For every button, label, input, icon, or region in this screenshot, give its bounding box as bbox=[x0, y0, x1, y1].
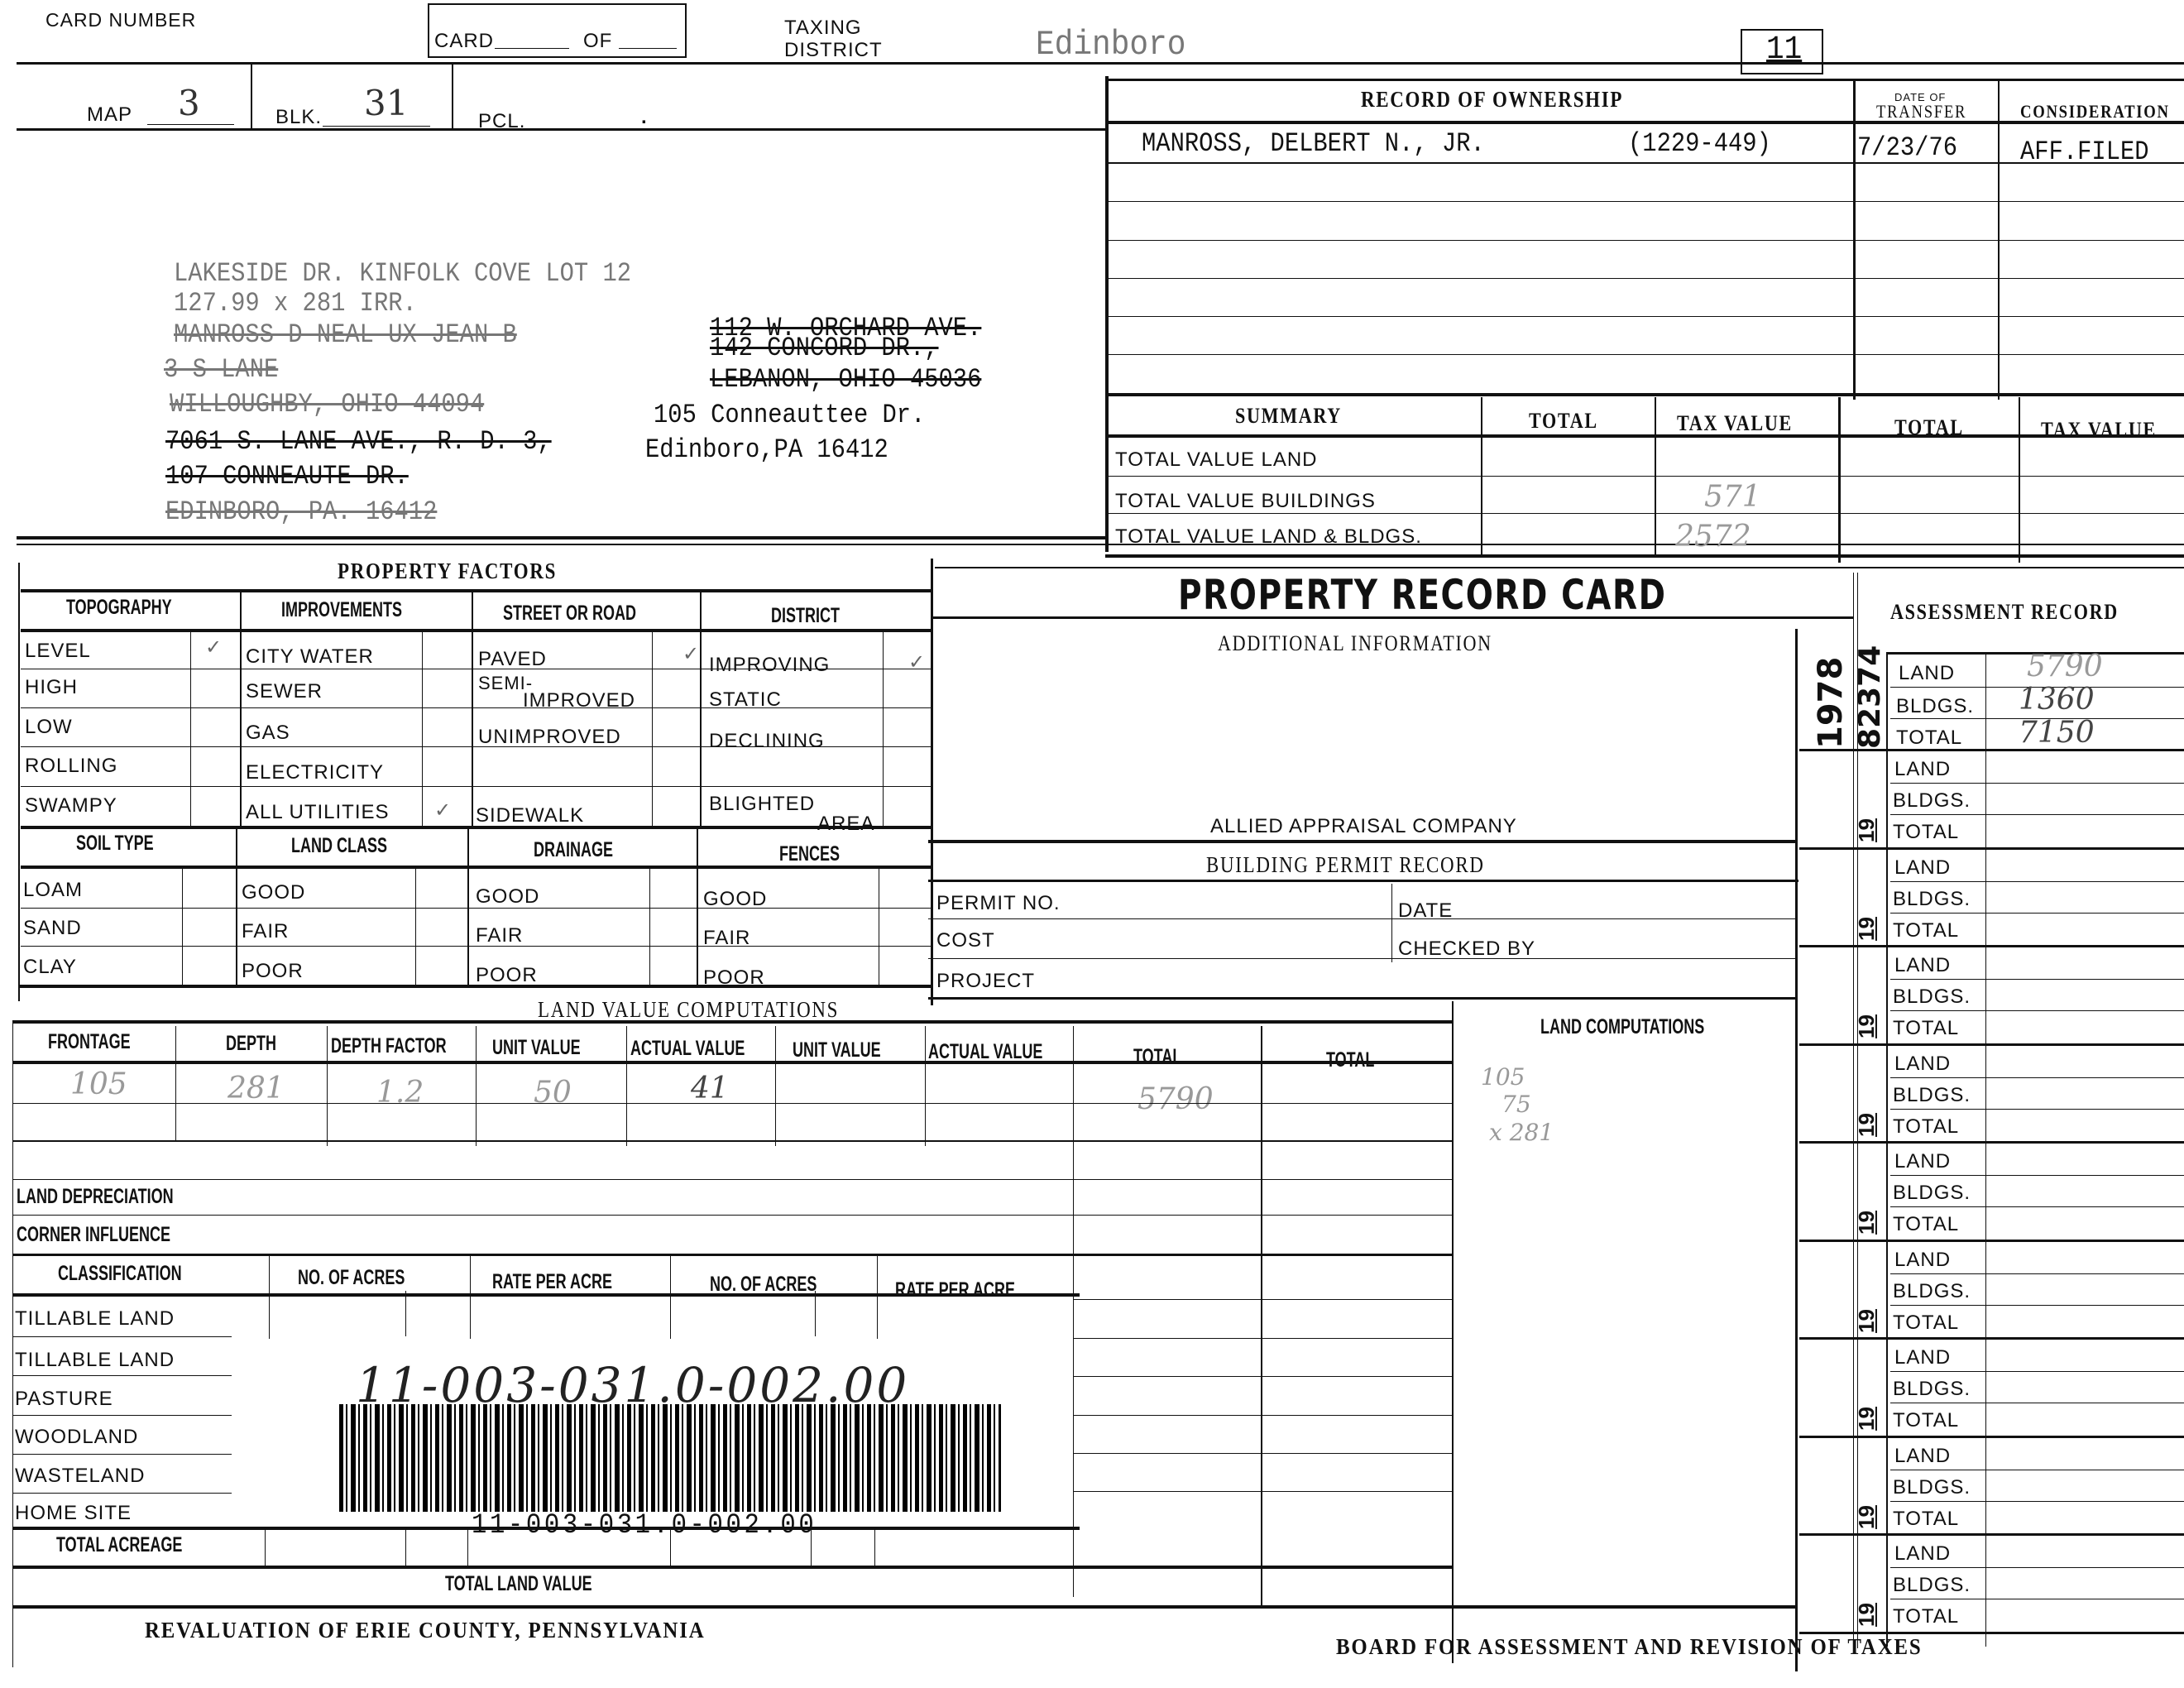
lv-header-depth: DEPTH bbox=[226, 1032, 276, 1056]
parcel-id-printed: 11-003-031.0-002.00 bbox=[472, 1510, 817, 1542]
check-col bbox=[415, 867, 416, 985]
lv-col bbox=[476, 1026, 477, 1146]
address-bottom-border-2 bbox=[17, 544, 2184, 545]
card-title: PROPERTY RECORD CARD bbox=[1178, 571, 1667, 619]
additional-info-bottom bbox=[928, 840, 1797, 843]
land-label: LAND bbox=[1894, 856, 1951, 880]
check-mark-icon: ✓ bbox=[434, 798, 452, 822]
blk-divider bbox=[452, 65, 453, 131]
summary-label: TOTAL VALUE BUILDINGS bbox=[1115, 490, 1376, 513]
lv-right-row bbox=[1073, 1415, 1454, 1416]
drainage-option[interactable]: FAIR bbox=[476, 924, 523, 947]
year-prefix: 19 bbox=[1854, 1309, 1880, 1333]
lv-right-row bbox=[1073, 1338, 1454, 1339]
land-label: LAND bbox=[1899, 662, 1955, 685]
land-computations-note: 75 bbox=[1501, 1091, 1531, 1118]
permit-col-divider bbox=[1391, 884, 1392, 962]
total-acreage-label: TOTAL ACREAGE bbox=[56, 1533, 182, 1557]
taxing-district-value: Edinboro bbox=[1036, 25, 1185, 65]
lv-header-unit-value: UNIT VALUE bbox=[492, 1036, 581, 1060]
assessment-block-divider bbox=[1799, 749, 2184, 751]
improvements-header: IMPROVEMENTS bbox=[281, 598, 402, 622]
acreage-row-label: TILLABLE LAND bbox=[15, 1349, 175, 1372]
transfer-date: 7/23/76 bbox=[1857, 132, 1957, 163]
soil-header: SOIL TYPE bbox=[76, 832, 154, 856]
acreage-header-rate: RATE PER ACRE bbox=[492, 1270, 612, 1294]
summary-tax-value: 571 bbox=[1704, 480, 1761, 514]
acreage-row-line bbox=[12, 1415, 232, 1416]
map-label: MAP bbox=[87, 103, 132, 127]
lv-header-bottom bbox=[12, 1061, 1452, 1064]
factors-col-divider bbox=[240, 592, 242, 827]
assessment-block-divider bbox=[1799, 847, 2184, 850]
acreage-col bbox=[269, 1256, 270, 1339]
acreage-col bbox=[405, 1528, 406, 1568]
acreage-header-classification: CLASSIFICATION bbox=[58, 1262, 182, 1286]
district-header: DISTRICT bbox=[771, 604, 840, 628]
current-address-street: 105 Conneauttee Dr. bbox=[654, 400, 925, 430]
acreage-col bbox=[265, 1528, 266, 1568]
land-value-title-bottom bbox=[12, 1020, 1452, 1024]
permit-title-bottom bbox=[928, 880, 1798, 882]
summary-header-bottom bbox=[1109, 434, 2184, 438]
summary-bottom-border-2 bbox=[935, 567, 2184, 568]
street-option[interactable]: UNIMPROVED bbox=[478, 726, 621, 749]
topography-option[interactable]: LEVEL bbox=[25, 640, 91, 663]
current-address-city: Edinboro,PA 16412 bbox=[645, 434, 888, 465]
acreage-col bbox=[670, 1256, 671, 1339]
drainage-header: DRAINAGE bbox=[534, 838, 613, 862]
street-option[interactable]: IMPROVED bbox=[523, 689, 635, 712]
permit-row-line bbox=[928, 958, 1797, 959]
total-label: TOTAL bbox=[1893, 1508, 1959, 1531]
soil-option[interactable]: CLAY bbox=[23, 956, 77, 979]
check-col bbox=[422, 629, 423, 827]
assessment-row-line bbox=[1890, 783, 2184, 784]
pcl-value: . bbox=[641, 106, 648, 129]
topography-header: TOPOGRAPHY bbox=[66, 596, 172, 620]
acreage-col bbox=[815, 1291, 816, 1336]
land-computations-title: LAND COMPUTATIONS bbox=[1540, 1015, 1704, 1039]
land-value-left-border bbox=[12, 1022, 13, 1667]
land-label: LAND bbox=[1894, 1053, 1951, 1076]
check-col bbox=[182, 867, 183, 985]
card-of-blank[interactable] bbox=[495, 48, 569, 49]
soil-option[interactable]: SAND bbox=[23, 917, 82, 940]
total-acreage-bottom bbox=[12, 1566, 1452, 1569]
improvements-option[interactable]: GAS bbox=[246, 722, 290, 745]
ownership-row bbox=[1109, 240, 2184, 241]
address-line-struck: EDINBORO, PA. 16412 bbox=[165, 496, 437, 527]
summary-bottom-border bbox=[1105, 554, 2184, 558]
assessment-row-line bbox=[1890, 1175, 2184, 1176]
year-prefix: 19 bbox=[1854, 1211, 1880, 1235]
improvements-option[interactable]: CITY WATER bbox=[246, 645, 374, 669]
permit-project-label: PROJECT bbox=[936, 970, 1035, 993]
acreage-header-acres: NO. OF ACRES bbox=[298, 1266, 405, 1290]
total-label: TOTAL bbox=[1893, 919, 1959, 942]
assessment-row-line bbox=[1890, 814, 2184, 815]
drainage-option[interactable]: POOR bbox=[476, 964, 538, 987]
lv-row-line bbox=[12, 1215, 1452, 1216]
permit-checked-label: CHECKED BY bbox=[1398, 938, 1535, 961]
map-value: 3 bbox=[178, 83, 200, 123]
improvements-option[interactable]: ALL UTILITIES bbox=[246, 801, 390, 824]
map-row-bottom bbox=[17, 128, 1107, 131]
bldgs-label: BLDGS. bbox=[1893, 1476, 1971, 1499]
ownership-top-border bbox=[1107, 79, 2184, 81]
total-value: 7150 bbox=[2019, 716, 2095, 750]
street-option[interactable]: PAVED bbox=[478, 648, 547, 671]
card-number-label: CARD NUMBER bbox=[45, 8, 196, 31]
total-label: TOTAL bbox=[1893, 1312, 1959, 1335]
acreage-row-label: HOME SITE bbox=[15, 1502, 132, 1525]
bldgs-label: BLDGS. bbox=[1893, 888, 1971, 911]
address-line-struck: 142 CONCORD DR., bbox=[710, 333, 939, 363]
year-stamp: 1978 bbox=[1812, 657, 1850, 749]
assessment-row-line bbox=[1890, 979, 2184, 980]
acreage-row-line bbox=[12, 1493, 232, 1494]
total-label: TOTAL bbox=[1893, 1409, 1959, 1432]
blk-label: BLK. bbox=[275, 106, 322, 129]
address-line-struck: LEBANON, OHIO 45036 bbox=[710, 364, 981, 395]
factors-col-divider bbox=[700, 592, 702, 827]
bldgs-label: BLDGS. bbox=[1893, 1182, 1971, 1205]
topography-option[interactable]: ROLLING bbox=[25, 755, 117, 778]
ownership-row bbox=[1109, 162, 2184, 164]
lv-col bbox=[925, 1026, 926, 1146]
summary-total-header: TOTAL bbox=[1529, 409, 1598, 434]
check-col bbox=[883, 629, 884, 827]
lv-depth: 281 bbox=[227, 1072, 285, 1105]
assessment-block-divider bbox=[1799, 1043, 2184, 1046]
year-prefix: 19 bbox=[1854, 818, 1880, 842]
center-right-border bbox=[1795, 629, 1798, 1671]
summary-row-divider bbox=[1109, 476, 2184, 477]
check-mark-icon: ✓ bbox=[205, 635, 223, 659]
summary-col-divider bbox=[2019, 397, 2020, 563]
acreage-row-line bbox=[12, 1454, 232, 1455]
check-col bbox=[649, 867, 650, 985]
lv-right-row bbox=[1073, 1491, 1454, 1492]
total-label: TOTAL bbox=[1893, 1115, 1959, 1139]
assessment-row-line bbox=[1890, 913, 2184, 914]
footer-left: REVALUATION OF ERIE COUNTY, PENNSYLVANIA bbox=[145, 1618, 705, 1643]
bldgs-label: BLDGS. bbox=[1893, 985, 1971, 1009]
street-header: STREET OR ROAD bbox=[503, 602, 636, 626]
address-line: 127.99 x 281 IRR. bbox=[174, 288, 417, 319]
factors-block-bottom bbox=[21, 826, 931, 829]
acreage-header-bottom bbox=[12, 1293, 1080, 1297]
total-label: TOTAL bbox=[1893, 1213, 1959, 1236]
blk-value: 31 bbox=[364, 83, 408, 123]
assessment-row-line bbox=[1890, 1599, 2184, 1599]
acreage-row-label: WOODLAND bbox=[15, 1426, 138, 1449]
acreage-row-label: WASTELAND bbox=[15, 1465, 145, 1488]
year-prefix: 19 bbox=[1854, 1407, 1880, 1431]
assessment-block-divider bbox=[1799, 1141, 2184, 1144]
summary-tax-header-2: TAX VALUE bbox=[2041, 418, 2157, 443]
ownership-left-border bbox=[1105, 76, 1109, 552]
blk-underline bbox=[323, 126, 430, 127]
check-mark-icon: ✓ bbox=[682, 642, 700, 666]
acreage-col bbox=[470, 1256, 471, 1339]
assessment-label-left bbox=[1886, 654, 1888, 1647]
acreage-row-line bbox=[12, 1375, 232, 1376]
bldgs-label: BLDGS. bbox=[1893, 1084, 1971, 1107]
lv-actual-value: 41 bbox=[691, 1072, 729, 1105]
factors-row-line bbox=[21, 908, 931, 909]
summary-tax-value: 2572 bbox=[1675, 520, 1751, 554]
total-label: TOTAL bbox=[1896, 727, 1962, 750]
lv-right-border bbox=[1452, 1001, 1454, 1663]
summary-label: TOTAL VALUE LAND & BLDGS. bbox=[1115, 525, 1422, 549]
topography-option[interactable]: LOW bbox=[25, 716, 73, 739]
assessment-row-line bbox=[1890, 1501, 2184, 1502]
deed-reference: (1229-449) bbox=[1628, 128, 1771, 159]
address-line-struck: 7061 S. LANE AVE., R. D. 3, bbox=[165, 426, 552, 457]
check-mark-icon: ✓ bbox=[908, 650, 926, 674]
taxing-district-label: TAXING DISTRICT bbox=[784, 17, 908, 61]
factors-header-bottom bbox=[21, 866, 931, 869]
lv-col bbox=[775, 1026, 776, 1146]
land-class-option[interactable]: GOOD bbox=[242, 881, 305, 904]
permit-title: BUILDING PERMIT RECORD bbox=[1206, 852, 1485, 878]
assessment-block-divider bbox=[1799, 1240, 2184, 1242]
ownership-row bbox=[1109, 354, 2184, 355]
permit-no-label: PERMIT NO. bbox=[936, 892, 1061, 915]
land-computations-note: x 281 bbox=[1489, 1119, 1554, 1146]
land-class-option[interactable]: POOR bbox=[242, 960, 304, 983]
land-label: LAND bbox=[1894, 1346, 1951, 1369]
map-underline bbox=[147, 124, 234, 125]
check-col bbox=[879, 867, 879, 985]
land-label: LAND bbox=[1894, 758, 1951, 781]
date-header: TRANSFER bbox=[1876, 101, 1966, 122]
summary-tax-header: TAX VALUE bbox=[1677, 411, 1793, 436]
land-label: LAND bbox=[1894, 954, 1951, 977]
bldgs-label: BLDGS. bbox=[1893, 1280, 1971, 1303]
assessment-label-right bbox=[1985, 654, 1986, 1647]
factors-header-bottom bbox=[21, 629, 931, 632]
total-land-value-label: TOTAL LAND VALUE bbox=[445, 1572, 592, 1596]
lv-header-depth-factor: DEPTH FACTOR bbox=[331, 1034, 447, 1058]
additional-info-title: ADDITIONAL INFORMATION bbox=[1218, 631, 1492, 656]
factors-right-border bbox=[931, 559, 933, 1005]
lv-header-actual-value: ACTUAL VALUE bbox=[630, 1037, 745, 1061]
assessment-block-divider bbox=[1799, 1533, 2184, 1536]
land-value-title: LAND VALUE COMPUTATIONS bbox=[538, 997, 839, 1023]
assessment-row-line bbox=[1890, 1567, 2184, 1568]
header-divider bbox=[17, 62, 2184, 65]
assessment-title: ASSESSMENT RECORD bbox=[1890, 600, 2119, 625]
acreage-row-label: TILLABLE LAND bbox=[15, 1307, 175, 1331]
lv-header-frontage: FRONTAGE bbox=[48, 1030, 131, 1054]
land-value: 5790 bbox=[2027, 650, 2103, 683]
assessment-row-line bbox=[1890, 1206, 2184, 1207]
factors-row-line bbox=[21, 707, 931, 708]
district-option[interactable]: IMPROVING bbox=[709, 654, 830, 677]
factors-title-bottom bbox=[21, 589, 931, 592]
year-prefix: 19 bbox=[1854, 1014, 1880, 1038]
appraisal-company: ALLIED APPRAISAL COMPANY bbox=[1210, 815, 1517, 838]
lv-total-col-2 bbox=[1261, 1026, 1262, 1605]
lv-col bbox=[175, 1026, 176, 1142]
property-factors-title: PROPERTY FACTORS bbox=[338, 559, 557, 584]
consideration-header: CONSIDERATION bbox=[2020, 101, 2170, 122]
lv-right-row bbox=[1073, 1376, 1454, 1377]
check-col bbox=[652, 629, 653, 827]
factors-bottom-border bbox=[18, 985, 932, 988]
land-class-option[interactable]: FAIR bbox=[242, 920, 289, 943]
fences-header: FENCES bbox=[779, 842, 840, 866]
bldgs-label: BLDGS. bbox=[1896, 695, 1974, 718]
lv-row-line bbox=[12, 1103, 1452, 1104]
map-divider bbox=[251, 63, 252, 129]
permit-row-line bbox=[928, 918, 1797, 919]
permit-cost-label: COST bbox=[936, 929, 995, 952]
bldgs-label: BLDGS. bbox=[1893, 1378, 1971, 1401]
address-line: LAKESIDE DR. KINFOLK COVE LOT 12 bbox=[174, 258, 631, 289]
factors-col-divider bbox=[697, 827, 698, 985]
assessment-row-line bbox=[1890, 1371, 2184, 1372]
assessment-row-line bbox=[1890, 1010, 2184, 1011]
land-class-header: LAND CLASS bbox=[291, 834, 387, 858]
acreage-col bbox=[405, 1291, 406, 1336]
total-land-value-bottom bbox=[12, 1605, 1795, 1609]
address-line-struck: WILLOUGHBY, OHIO 44094 bbox=[170, 389, 484, 420]
factors-row-line bbox=[21, 786, 931, 787]
acreage-col bbox=[467, 1528, 468, 1568]
factors-left-border bbox=[18, 563, 20, 1001]
assessment-row-line bbox=[1890, 1109, 2184, 1110]
ownership-bottom-border bbox=[1107, 393, 2184, 396]
year-prefix: 19 bbox=[1854, 1505, 1880, 1529]
ownership-row bbox=[1109, 201, 2184, 202]
land-label: LAND bbox=[1894, 1150, 1951, 1173]
address-line-struck: MANROSS D NEAL UX JEAN B bbox=[174, 319, 517, 350]
year-prefix: 19 bbox=[1854, 917, 1880, 941]
land-label: LAND bbox=[1894, 1445, 1951, 1468]
lv-header-total: TOTAL bbox=[1133, 1045, 1181, 1069]
soil-option[interactable]: LOAM bbox=[23, 879, 83, 902]
footer-right: BOARD FOR ASSESSMENT AND REVISION OF TAX… bbox=[1336, 1634, 1923, 1660]
district-option[interactable]: AREA bbox=[817, 813, 874, 836]
lv-row-line bbox=[12, 1140, 1452, 1142]
title-bottom bbox=[933, 616, 1853, 619]
acreage-row-line bbox=[12, 1336, 232, 1337]
date-stamp: 82374 bbox=[1853, 645, 1887, 749]
total-label: TOTAL bbox=[1893, 821, 1959, 844]
lv-frontage: 105 bbox=[70, 1067, 127, 1101]
lv-total-col bbox=[1073, 1026, 1074, 1597]
assessment-row-line bbox=[1890, 1470, 2184, 1470]
lv-right-row bbox=[1073, 1299, 1454, 1300]
assessment-row-line bbox=[1890, 1273, 2184, 1274]
assessment-row-line bbox=[1890, 1305, 2184, 1306]
factors-col-divider bbox=[467, 827, 469, 985]
assessment-row-line bbox=[1890, 1403, 2184, 1403]
land-label: LAND bbox=[1894, 1542, 1951, 1566]
lv-right-row bbox=[1073, 1453, 1454, 1454]
assessment-block-divider bbox=[1799, 945, 2184, 947]
lv-total: 5790 bbox=[1137, 1082, 1214, 1116]
card-total-blank[interactable] bbox=[619, 48, 677, 49]
total-label: TOTAL bbox=[1893, 1017, 1959, 1040]
ownership-row bbox=[1109, 278, 2184, 279]
lv-unit-value: 50 bbox=[534, 1076, 572, 1110]
land-depreciation-label: LAND DEPRECIATION bbox=[17, 1185, 174, 1209]
assessment-block-divider bbox=[1799, 1436, 2184, 1438]
ownership-row bbox=[1109, 316, 2184, 317]
acreage-header-rate-2: RATE PER ACRE bbox=[895, 1278, 1015, 1302]
topography-option[interactable]: HIGH bbox=[25, 676, 78, 699]
assessment-row-line bbox=[1890, 881, 2184, 882]
card-of-label: CARD bbox=[434, 30, 494, 53]
card-of-of: OF bbox=[583, 30, 612, 53]
ownership-header-bottom bbox=[1109, 121, 2184, 124]
lv-depth-factor: 1.2 bbox=[376, 1076, 424, 1110]
street-option[interactable]: SIDEWALK bbox=[476, 804, 584, 827]
lv-block-bottom bbox=[12, 1254, 1452, 1256]
address-line-struck: 107 CONNEAUTE DR. bbox=[165, 461, 409, 492]
address-line-struck: 3 S LANE bbox=[164, 354, 278, 385]
total-label: TOTAL bbox=[1893, 1605, 1959, 1628]
factors-row-line bbox=[21, 669, 931, 669]
bldgs-value: 1360 bbox=[2019, 683, 2095, 717]
topography-option[interactable]: SWAMPY bbox=[25, 794, 117, 818]
improvements-option[interactable]: SEWER bbox=[246, 680, 323, 703]
lv-col bbox=[626, 1026, 627, 1146]
year-prefix: 19 bbox=[1854, 1113, 1880, 1137]
summary-title: SUMMARY bbox=[1235, 404, 1342, 429]
bldgs-label: BLDGS. bbox=[1893, 1574, 1971, 1597]
acreage-col bbox=[877, 1256, 878, 1339]
land-label: LAND bbox=[1894, 1249, 1951, 1272]
check-col bbox=[190, 629, 191, 827]
address-bottom-border bbox=[17, 536, 1107, 539]
drainage-option[interactable]: GOOD bbox=[476, 885, 539, 909]
lv-header-unit-value-2: UNIT VALUE bbox=[793, 1038, 881, 1062]
lv-col bbox=[327, 1026, 328, 1146]
factors-row-line bbox=[21, 746, 931, 747]
owner-name: MANROSS, DELBERT N., JR. bbox=[1142, 128, 1485, 159]
parcel-barcode bbox=[339, 1404, 1001, 1512]
factors-col-divider bbox=[236, 827, 237, 985]
ownership-title: RECORD OF OWNERSHIP bbox=[1361, 87, 1623, 113]
district-option[interactable]: BLIGHTED bbox=[709, 793, 815, 816]
corner-influence-label: CORNER INFLUENCE bbox=[17, 1223, 170, 1247]
district-option[interactable]: DECLINING bbox=[709, 730, 825, 753]
improvements-option[interactable]: ELECTRICITY bbox=[246, 761, 384, 784]
summary-label: TOTAL VALUE LAND bbox=[1115, 448, 1318, 472]
permit-bottom bbox=[928, 997, 1797, 1000]
factors-row-line bbox=[21, 946, 931, 947]
acreage-col bbox=[874, 1528, 875, 1568]
summary-row-divider bbox=[1109, 513, 2184, 514]
acreage-row-label: PASTURE bbox=[15, 1388, 113, 1411]
bldgs-label: BLDGS. bbox=[1893, 789, 1971, 813]
year-prefix: 19 bbox=[1854, 1603, 1880, 1627]
assessment-block-divider bbox=[1799, 1337, 2184, 1340]
factors-col-divider bbox=[472, 592, 473, 827]
lv-row-line bbox=[12, 1179, 1452, 1180]
land-computations-note: 105 bbox=[1481, 1063, 1525, 1091]
assessment-row-line bbox=[1890, 1077, 2184, 1078]
summary-col-divider bbox=[1838, 397, 1841, 563]
